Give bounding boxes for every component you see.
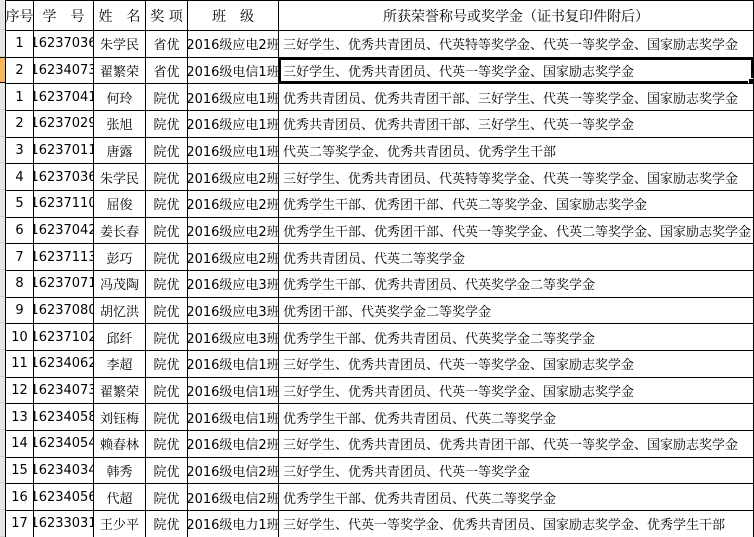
- header-cell-award[interactable]: 奖 项: [146, 1, 188, 31]
- cell-class[interactable]: 2016级应电3班: [188, 271, 279, 298]
- cell-class[interactable]: 2016级应电1班: [188, 138, 279, 165]
- cell-honors[interactable]: 三好学生、优秀共青团员、代英一等奖学金、国家励志奖学金: [279, 351, 754, 378]
- spreadsheet: 序号 学 号 姓 名 奖 项 班 级 所获荣誉称号或奖学金（证书复印件附后） 1…: [0, 0, 754, 537]
- cell-name[interactable]: 韩秀: [94, 458, 146, 485]
- cell-award[interactable]: 院优: [146, 84, 188, 111]
- cell-student-id[interactable]: 16237113: [34, 244, 94, 271]
- cell-no[interactable]: 2: [6, 58, 34, 85]
- cell-award[interactable]: 院优: [146, 378, 188, 405]
- cell-honors[interactable]: 优秀共青团员、优秀共青团干部、三好学生、代英一等奖学金、国家励志奖学金: [279, 84, 754, 111]
- cell-class[interactable]: 2016级电力1班: [188, 511, 279, 537]
- cell-name[interactable]: 邱纤: [94, 324, 146, 351]
- cell-student-id[interactable]: 16237036: [34, 164, 94, 191]
- cell-name[interactable]: 朱学民: [94, 164, 146, 191]
- cell-class[interactable]: 2016级应电3班: [188, 298, 279, 325]
- cell-no[interactable]: 14: [6, 431, 34, 458]
- cell-no[interactable]: 9: [6, 298, 34, 325]
- selected-cell[interactable]: 三好学生、优秀共青团员、代英一等奖学金、国家励志奖学金: [279, 58, 754, 85]
- cell-honors[interactable]: 三好学生、优秀共青团员、优秀共青团干部、代英一等奖学金、国家励志奖学金: [279, 431, 754, 458]
- cell-honors[interactable]: 优秀学生干部、优秀共青团员、代英奖学金二等奖学金: [279, 324, 754, 351]
- cell-student-id[interactable]: 16237071: [34, 271, 94, 298]
- cell-no[interactable]: 16: [6, 484, 34, 511]
- cell-award[interactable]: 院优: [146, 431, 188, 458]
- cell-student-id[interactable]: 16237041: [34, 84, 94, 111]
- cell-award[interactable]: 院优: [146, 191, 188, 218]
- cell-name[interactable]: 翟繁荣: [94, 378, 146, 405]
- cell-name[interactable]: 赖春林: [94, 431, 146, 458]
- cell-no[interactable]: 4: [6, 164, 34, 191]
- cell-class[interactable]: 2016级应电2班: [188, 191, 279, 218]
- cell-award[interactable]: 院优: [146, 404, 188, 431]
- cell-name[interactable]: 胡忆洪: [94, 298, 146, 325]
- cell-no[interactable]: 3: [6, 138, 34, 165]
- cell-class[interactable]: 2016级应电2班: [188, 164, 279, 191]
- cell-class[interactable]: 2016级电信2班: [188, 458, 279, 485]
- cell-student-id[interactable]: 16234062: [34, 351, 94, 378]
- cell-student-id[interactable]: 16234058: [34, 404, 94, 431]
- cell-name[interactable]: 屈俊: [94, 191, 146, 218]
- cell-honors[interactable]: 优秀共青团员、优秀共青团干部、三好学生、代英一等奖学金: [279, 111, 754, 138]
- cell-award[interactable]: 院优: [146, 111, 188, 138]
- cell-class[interactable]: 2016级应电1班: [188, 111, 279, 138]
- cell-award[interactable]: 省优: [146, 58, 188, 85]
- cell-student-id[interactable]: 16234034: [34, 458, 94, 485]
- cell-name[interactable]: 彭巧: [94, 244, 146, 271]
- cell-name[interactable]: 翟繁荣: [94, 58, 146, 85]
- cell-no[interactable]: 6: [6, 218, 34, 245]
- header-cell-name[interactable]: 姓 名: [94, 1, 146, 31]
- cell-honors[interactable]: 优秀学生干部、优秀团干部、代英一等奖学金、代英二等奖学金、国家励志奖学金: [279, 218, 754, 245]
- cell-no[interactable]: 2: [6, 111, 34, 138]
- cell-class[interactable]: 2016级电信1班: [188, 58, 279, 85]
- cell-no[interactable]: 1: [6, 84, 34, 111]
- cell-honors[interactable]: 代英二等奖学金、优秀共青团员、优秀学生干部: [279, 138, 754, 165]
- cell-student-id[interactable]: 16233031: [34, 511, 94, 537]
- cell-no[interactable]: 13: [6, 404, 34, 431]
- header-cell-student-id[interactable]: 学 号: [34, 1, 94, 31]
- cell-no[interactable]: 17: [6, 511, 34, 537]
- cell-name[interactable]: 王少平: [94, 511, 146, 537]
- cell-honors[interactable]: 三好学生、优秀共青团员、代英一等奖学金、国家励志奖学金: [279, 378, 754, 405]
- cell-award[interactable]: 院优: [146, 218, 188, 245]
- cell-name[interactable]: 何玲: [94, 84, 146, 111]
- cell-class[interactable]: 2016级应电2班: [188, 218, 279, 245]
- cell-no[interactable]: 11: [6, 351, 34, 378]
- cell-honors[interactable]: 优秀学生干部、优秀团干部、代英二等奖学金、国家励志奖学金: [279, 191, 754, 218]
- header-cell-class[interactable]: 班 级: [188, 1, 279, 31]
- cell-honors[interactable]: 三好学生、优秀共青团员、代英特等奖学金、代英一等奖学金、国家励志奖学金: [279, 164, 754, 191]
- cell-no[interactable]: 5: [6, 191, 34, 218]
- cell-class[interactable]: 2016级应电2班: [188, 244, 279, 271]
- cell-student-id[interactable]: 16237110: [34, 191, 94, 218]
- cell-class[interactable]: 2016级应电3班: [188, 324, 279, 351]
- cell-student-id[interactable]: 16234073: [34, 58, 94, 85]
- cell-name[interactable]: 朱学民: [94, 31, 146, 58]
- cell-class[interactable]: 2016级应电2班: [188, 31, 279, 58]
- cell-student-id[interactable]: 16234054: [34, 431, 94, 458]
- cell-student-id[interactable]: 16237029: [34, 111, 94, 138]
- header-cell-no[interactable]: 序号: [6, 1, 34, 31]
- cell-class[interactable]: 2016级电信1班: [188, 351, 279, 378]
- cell-award[interactable]: 院优: [146, 351, 188, 378]
- cell-no[interactable]: 15: [6, 458, 34, 485]
- cell-class[interactable]: 2016级电信2班: [188, 431, 279, 458]
- cell-no[interactable]: 10: [6, 324, 34, 351]
- cell-honors[interactable]: 三好学生、代英一等奖学金、优秀共青团员、国家励志奖学金、优秀学生干部: [279, 511, 754, 537]
- cell-student-id[interactable]: 16237042: [34, 218, 94, 245]
- cell-honors[interactable]: 优秀学生干部、优秀共青团员、代英奖学金二等奖学金: [279, 271, 754, 298]
- cell-award[interactable]: 院优: [146, 511, 188, 537]
- cell-award[interactable]: 院优: [146, 298, 188, 325]
- cell-no[interactable]: 7: [6, 244, 34, 271]
- cell-award[interactable]: 院优: [146, 271, 188, 298]
- cell-honors[interactable]: 优秀学生干部、优秀共青团员、代英二等奖学金: [279, 484, 754, 511]
- cell-name[interactable]: 李超: [94, 351, 146, 378]
- cell-no[interactable]: 8: [6, 271, 34, 298]
- cell-class[interactable]: 2016级电信1班: [188, 404, 279, 431]
- header-cell-honors[interactable]: 所获荣誉称号或奖学金（证书复印件附后）: [279, 1, 754, 31]
- cell-student-id[interactable]: 16237011: [34, 138, 94, 165]
- cell-honors[interactable]: 优秀团干部、代英奖学金二等奖学金: [279, 298, 754, 325]
- cell-honors[interactable]: 优秀共青团员、代英二等奖学金: [279, 244, 754, 271]
- cell-student-id[interactable]: 16237102: [34, 324, 94, 351]
- honors-table: 序号 学 号 姓 名 奖 项 班 级 所获荣誉称号或奖学金（证书复印件附后） 1…: [5, 0, 754, 537]
- cell-award[interactable]: 院优: [146, 138, 188, 165]
- cell-student-id[interactable]: 16234073: [34, 378, 94, 405]
- cell-student-id[interactable]: 16234056: [34, 484, 94, 511]
- cell-student-id[interactable]: 16237080: [34, 298, 94, 325]
- cell-honors[interactable]: 三好学生、优秀共青团员、代英特等奖学金、代英一等奖学金、国家励志奖学金: [279, 31, 754, 58]
- cell-no[interactable]: 1: [6, 31, 34, 58]
- cell-student-id[interactable]: 16237036: [34, 31, 94, 58]
- cell-class[interactable]: 2016级应电1班: [188, 84, 279, 111]
- cell-no[interactable]: 12: [6, 378, 34, 405]
- cell-name[interactable]: 冯茂陶: [94, 271, 146, 298]
- cell-award[interactable]: 省优: [146, 31, 188, 58]
- cell-class[interactable]: 2016级电信1班: [188, 378, 279, 405]
- cell-name[interactable]: 代超: [94, 484, 146, 511]
- cell-honors[interactable]: 优秀学生干部、优秀共青团员、代英二等奖学金: [279, 404, 754, 431]
- cell-class[interactable]: 2016级电信2班: [188, 484, 279, 511]
- cell-name[interactable]: 姜长春: [94, 218, 146, 245]
- cell-name[interactable]: 刘钰梅: [94, 404, 146, 431]
- cell-award[interactable]: 院优: [146, 164, 188, 191]
- cell-honors[interactable]: 三好学生、优秀共青团员、代英一等奖学金: [279, 458, 754, 485]
- cell-name[interactable]: 张旭: [94, 111, 146, 138]
- cell-award[interactable]: 院优: [146, 324, 188, 351]
- cell-award[interactable]: 院优: [146, 458, 188, 485]
- cell-name[interactable]: 唐露: [94, 138, 146, 165]
- cell-award[interactable]: 院优: [146, 244, 188, 271]
- fill-handle[interactable]: [748, 78, 753, 83]
- cell-award[interactable]: 院优: [146, 484, 188, 511]
